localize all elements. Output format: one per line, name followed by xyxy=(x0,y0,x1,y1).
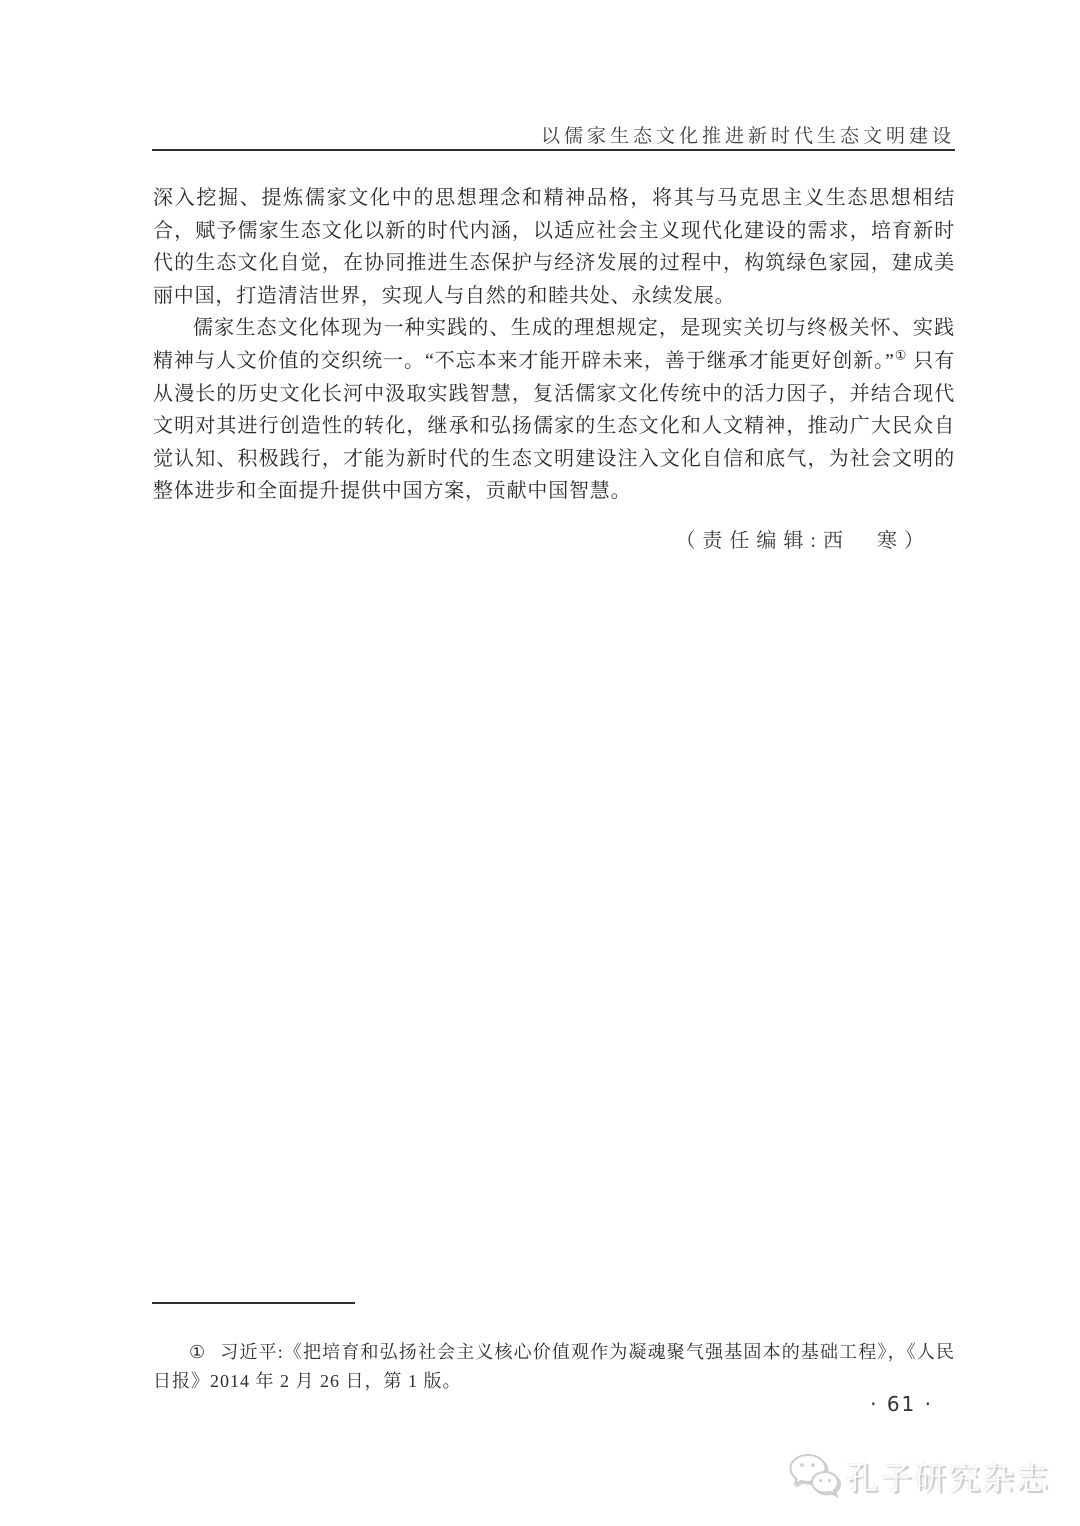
footnote: ①习近平:《把培育和弘扬社会主义核心价值观作为凝魂聚气强基固本的基础工程》，《人… xyxy=(153,1338,955,1396)
body-paragraph-continuation: 深入挖掘、提炼儒家文化中的思想理念和精神品格，将其与马克思主义生态思想相结合，赋… xyxy=(153,182,955,312)
footnote-text: 习近平:《把培育和弘扬社会主义核心价值观作为凝魂聚气强基固本的基础工程》，《人民… xyxy=(153,1342,955,1391)
journal-watermark-text: 孔子研究杂志 xyxy=(846,1453,1050,1499)
header-rule xyxy=(152,149,955,151)
footnote-reference-marker: ① xyxy=(895,347,908,362)
editor-credit: （责任编辑:西 寒） xyxy=(153,524,931,553)
footnote-separator-rule xyxy=(152,1302,355,1304)
page-number: · 61 · xyxy=(153,1392,933,1416)
footnote-marker: ① xyxy=(189,1342,206,1362)
paragraph-text-after-note: 只有从漫长的历史文化长河中汲取实践智慧，复活儒家文化传统中的活力因子，并结合现代… xyxy=(153,350,955,502)
document-page: 以儒家生态文化推进新时代生态文明建设 深入挖掘、提炼儒家文化中的思想理念和精神品… xyxy=(0,0,1080,1526)
wechat-icon xyxy=(788,1452,840,1500)
running-header-title: 以儒家生态文化推进新时代生态文明建设 xyxy=(153,121,955,148)
journal-watermark: 孔子研究杂志 xyxy=(788,1452,1050,1500)
body-paragraph: 儒家生态文化体现为一种实践的、生成的理想规定，是现实关切与终极关怀、实践精神与人… xyxy=(153,312,955,508)
article-body: 深入挖掘、提炼儒家文化中的思想理念和精神品格，将其与马克思主义生态思想相结合，赋… xyxy=(153,182,955,508)
paragraph-text-before-note: 儒家生态文化体现为一种实践的、生成的理想规定，是现实关切与终极关怀、实践精神与人… xyxy=(153,317,955,372)
